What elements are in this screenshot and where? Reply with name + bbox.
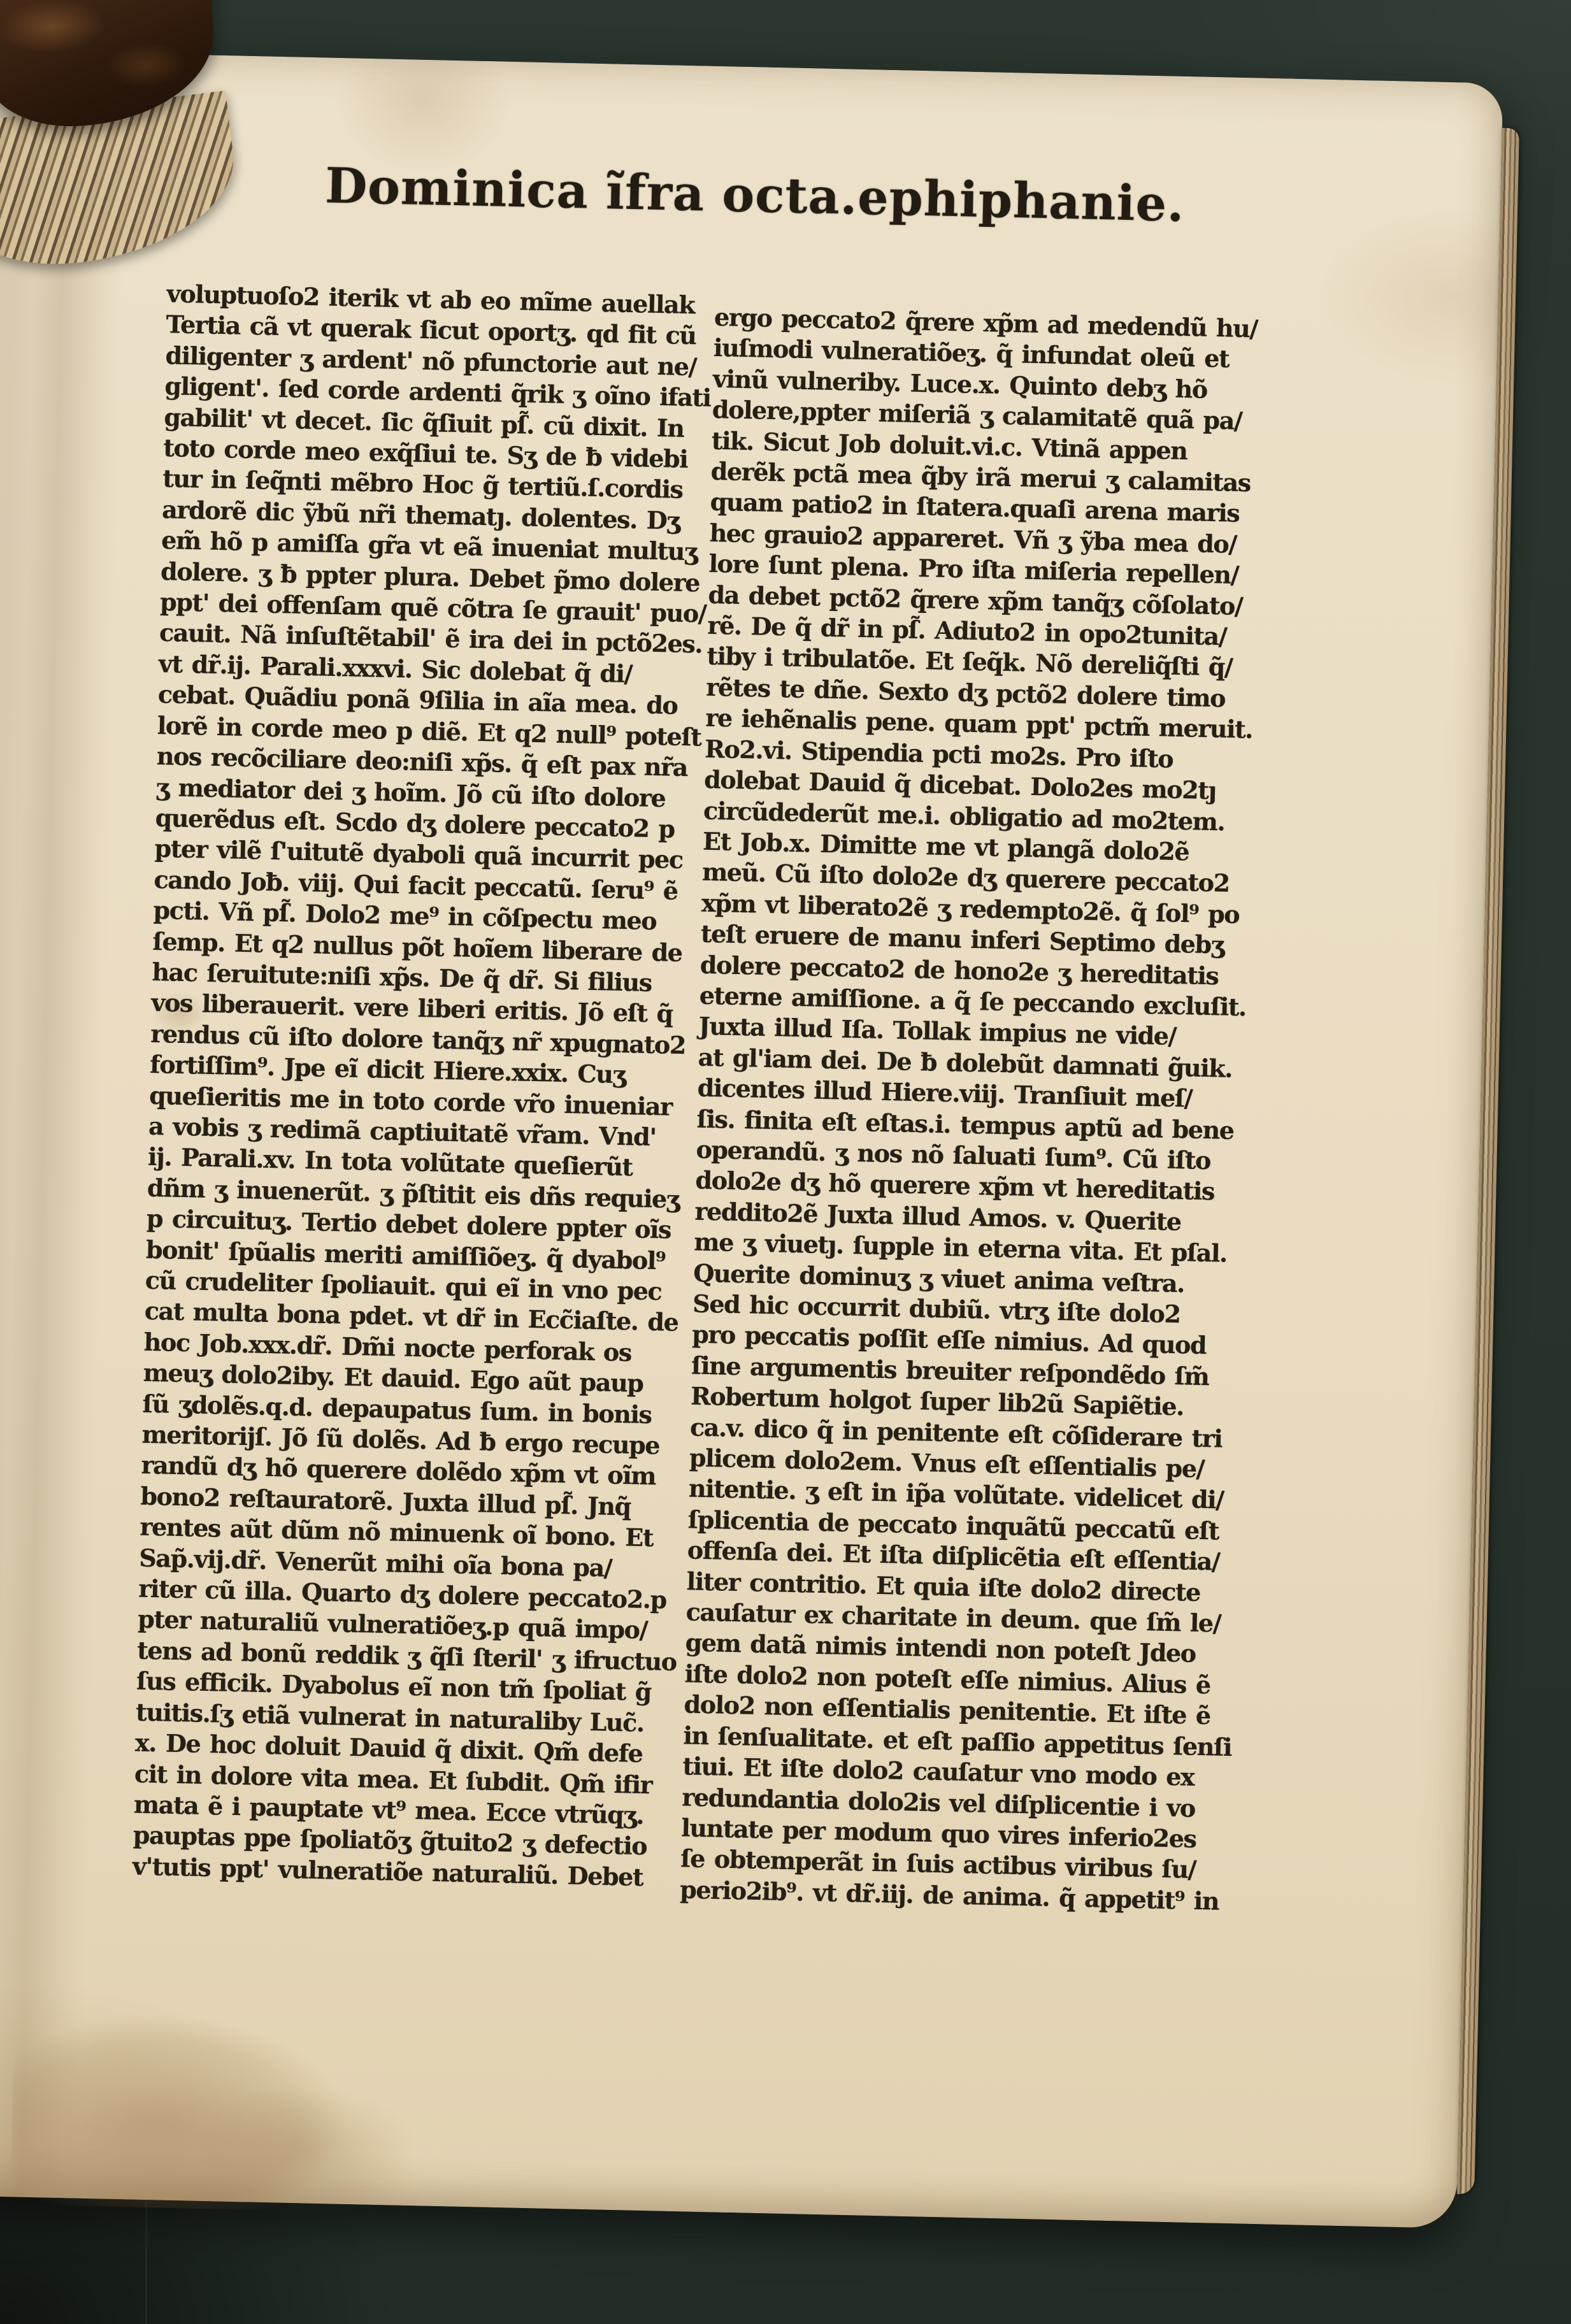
text-column-left: voluptuoſo2 iterik vt ab eo mĩme auellak… (132, 278, 716, 1893)
fore-edge-page-stack (1457, 128, 1519, 2195)
scan-background: Dominica ĩfra octa.ephiphanie. voluptuoſ… (0, 0, 1571, 2324)
water-stain (10, 2014, 345, 2212)
text-block: voluptuoſo2 iterik vt ab eo mĩme auellak… (167, 278, 1275, 303)
page-heading: Dominica ĩfra octa.ephiphanie. (325, 157, 1186, 233)
book-page: Dominica ĩfra octa.ephiphanie. voluptuoſ… (0, 50, 1503, 2228)
water-stain (189, 2081, 420, 2220)
text-column-right: ergo peccato2 q̃rere xp̃m ad medendũ hu/… (680, 302, 1264, 1917)
